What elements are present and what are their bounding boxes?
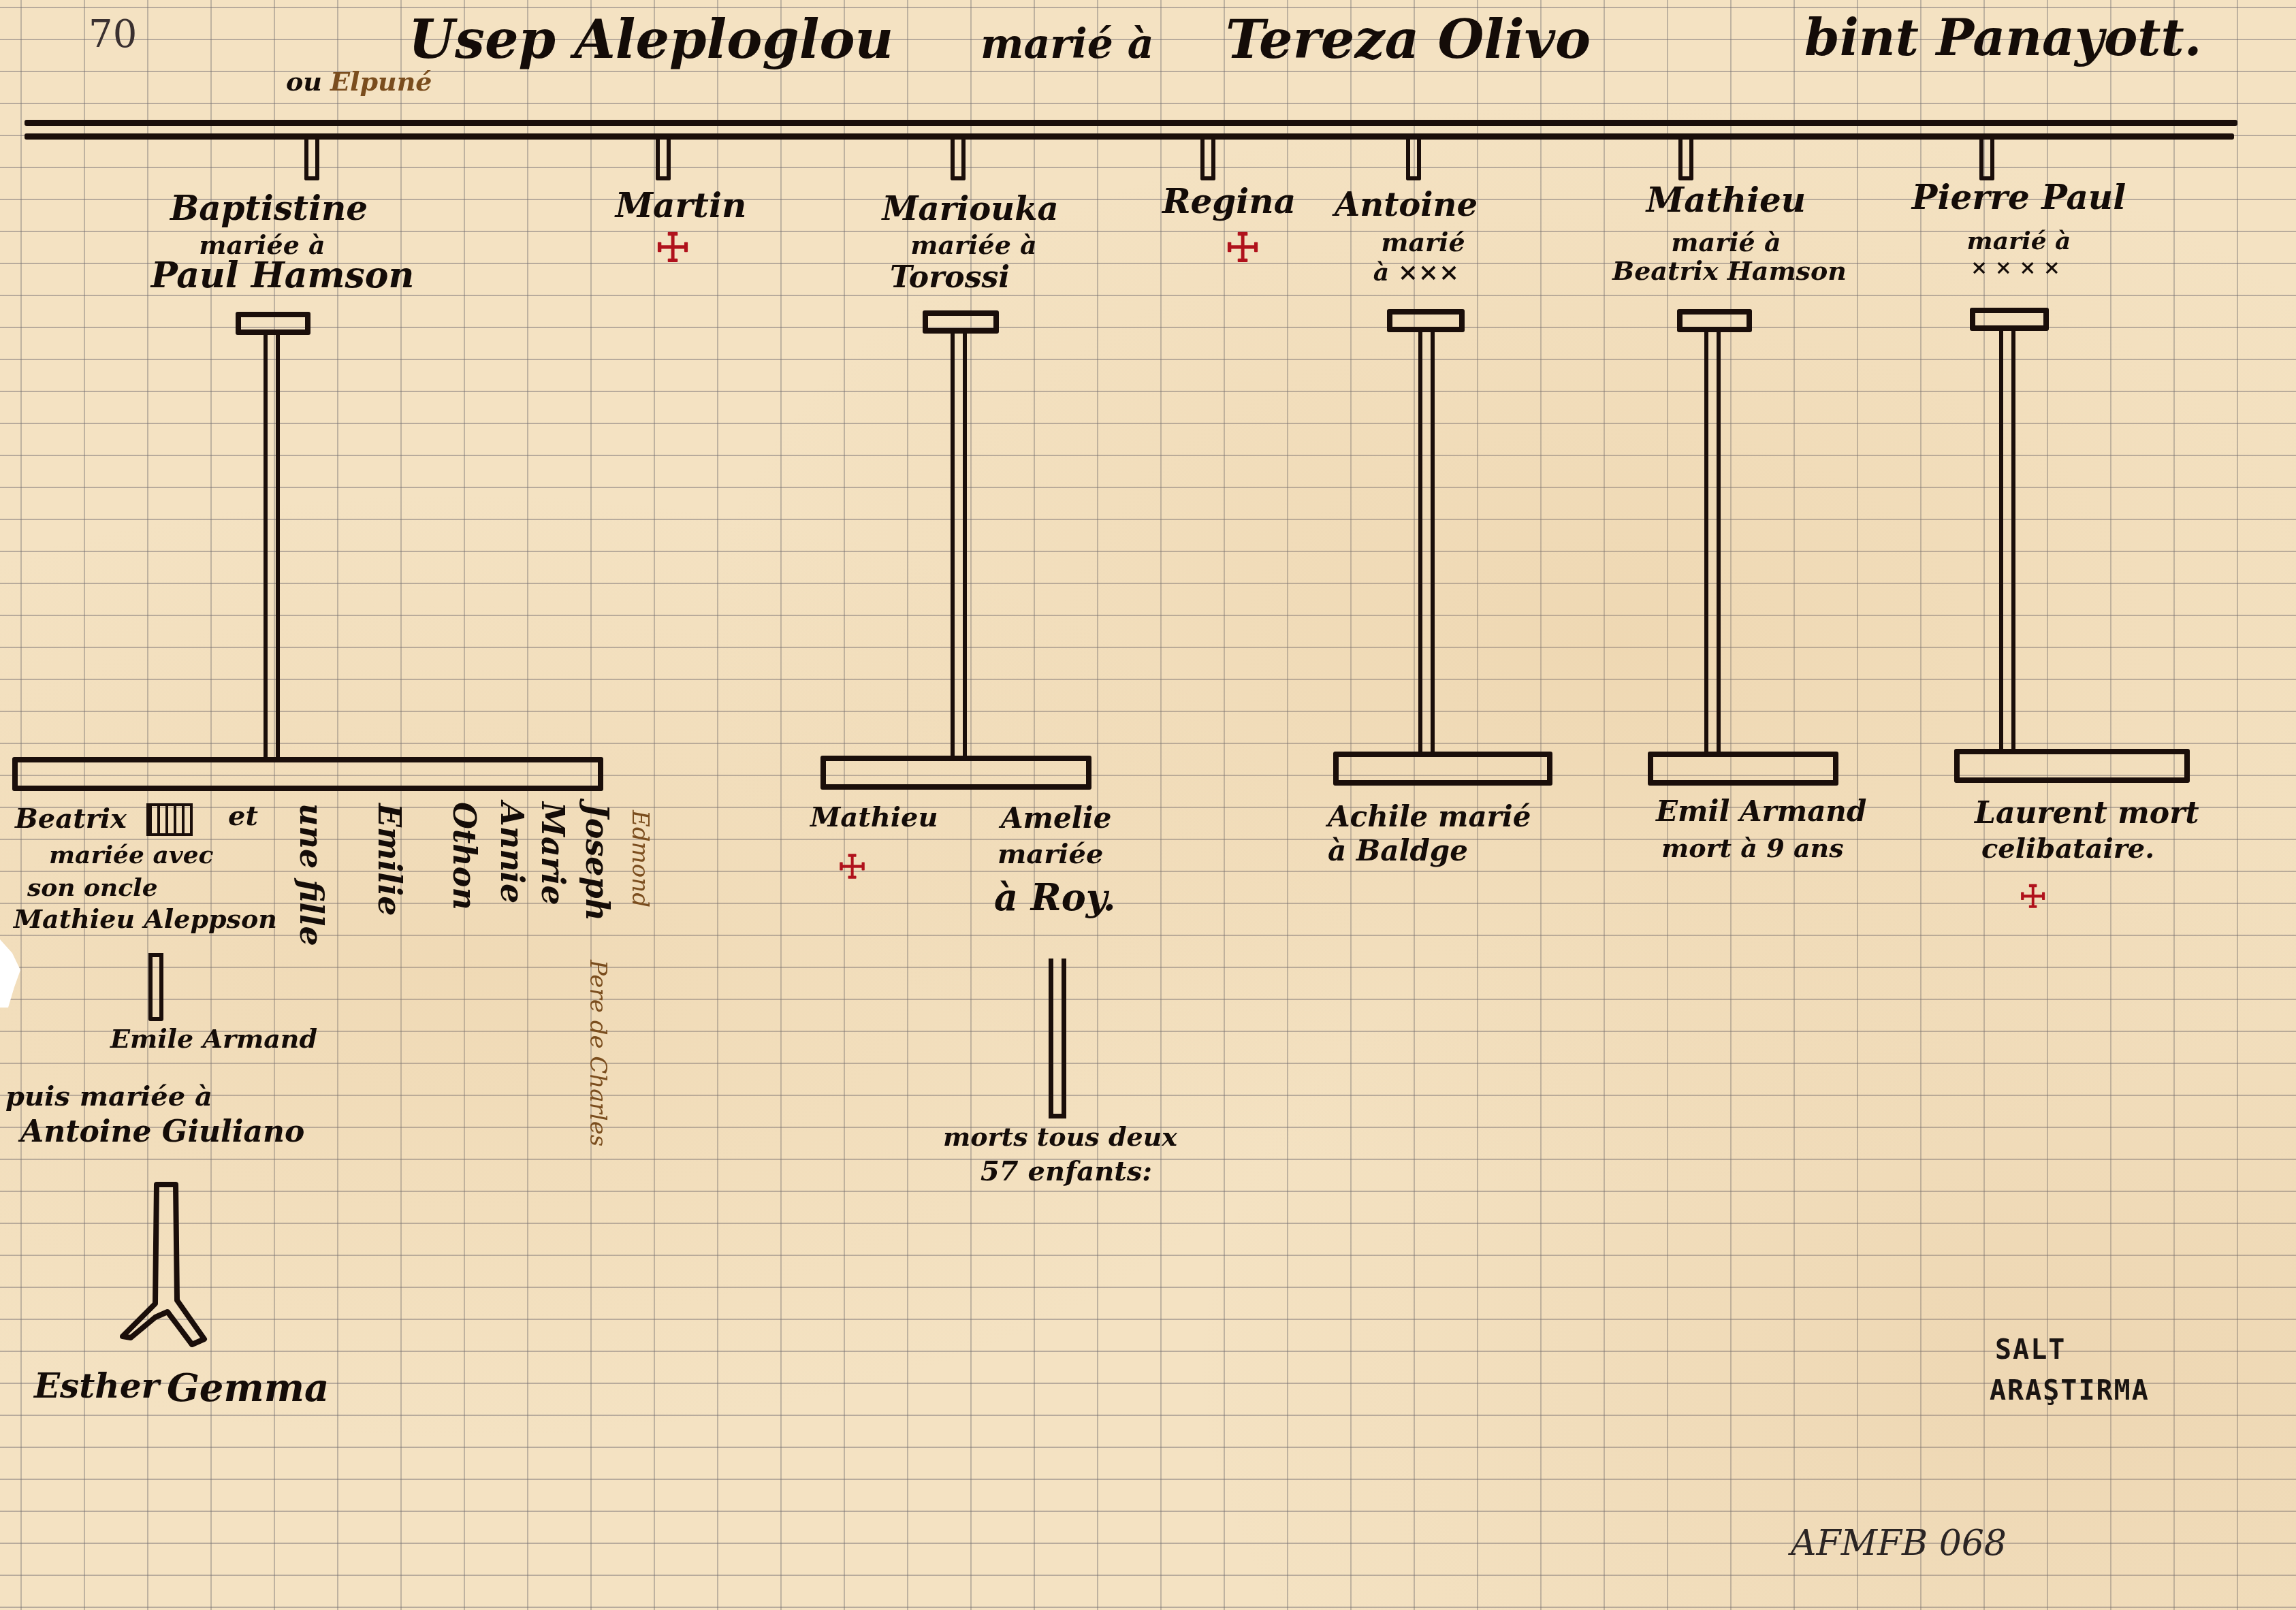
child-spouse: à ××× <box>1373 260 1459 286</box>
title-married-to: marié à <box>980 23 1154 66</box>
child-name: Baptistine <box>170 191 368 227</box>
child-spouse: Paul Hamson <box>151 257 415 295</box>
vertical-name-emilie: Emilie <box>371 803 408 916</box>
connector-antoine <box>1406 136 1421 180</box>
child-name: Mathieu <box>1646 182 1806 219</box>
branch-cap-mathieu <box>1677 309 1752 332</box>
branch-stem-mathieu <box>1704 331 1721 753</box>
red-cross-icon: ☩ <box>1225 225 1260 271</box>
connector-amelie-children <box>1049 959 1066 1118</box>
grandchild-achile-spouse: à Baldge <box>1328 836 1468 866</box>
branch-stem-antoine <box>1418 331 1435 753</box>
top-rail-upper <box>25 120 2237 126</box>
grandchild-spouse: Mathieu Aleppson <box>14 905 277 933</box>
connector-pierre-paul <box>1979 136 1994 180</box>
grandchild-emil-armand-note: mort à 9 ans <box>1661 835 1844 862</box>
alias-name: Elpuné <box>330 66 432 97</box>
title-matriarch: Tereza Olivo <box>1226 12 1591 68</box>
graph-paper-background <box>0 0 2296 1610</box>
conjunction: et <box>228 802 258 831</box>
vertical-name-joseph: Joseph <box>579 803 616 921</box>
note-children-count: 57 enfants: <box>980 1157 1152 1186</box>
grandchild-relation-detail: son oncle <box>27 875 158 901</box>
branch-base-antoine <box>1333 752 1552 786</box>
connector-regina <box>1200 136 1215 180</box>
great-grandchild-esther: Esther <box>34 1368 159 1404</box>
archive-stamp-salt: SALT <box>1995 1334 2066 1366</box>
grandchild-emil-armand: Emil Armand <box>1656 796 1866 826</box>
grandchild-mathieu: Mathieu <box>810 803 938 832</box>
child-relation: mariée à <box>910 231 1037 259</box>
branch-stem-baptistine <box>264 334 280 762</box>
annotation-edmond: Edmond <box>626 810 654 907</box>
branch-cap-pierre-paul <box>1970 308 2049 331</box>
child-name: Martin <box>616 188 747 224</box>
branch-cap-baptistine <box>236 312 310 335</box>
branch-base-baptistine <box>12 757 603 791</box>
title-patriarch: Usep Aleploglou <box>409 12 893 68</box>
grandchild-relation: mariée <box>998 840 1103 869</box>
red-cross-icon: ☩ <box>838 848 867 886</box>
archive-reference: AFMFB 068 <box>1791 1525 2007 1562</box>
vertical-name-marie: Marie <box>535 802 571 905</box>
child-spouse: × × × × <box>1971 257 2060 279</box>
scratched-out-mark <box>146 803 193 836</box>
connector-beatrix-child <box>148 953 163 1021</box>
vertical-name-othon: Othon <box>446 802 483 910</box>
child-name: Antoine <box>1335 188 1478 222</box>
child-spouse: Beatrix Hamson <box>1612 257 1847 285</box>
vertical-name-annie: Annie <box>494 802 530 903</box>
top-rail-lower <box>25 133 2234 140</box>
remarried-spouse: Antoine Giuliano <box>20 1116 304 1148</box>
child-name: Regina <box>1162 184 1296 220</box>
y-branch-split <box>116 1181 225 1368</box>
connector-baptistine <box>304 136 319 180</box>
page-number: 70 <box>89 15 137 55</box>
alias-note: ou Elpuné <box>286 68 432 96</box>
branch-cap-mariouka <box>923 310 999 334</box>
vertical-name-une-fille: une fille <box>293 803 330 946</box>
branch-cap-antoine <box>1387 309 1465 332</box>
connector-mathieu <box>1678 136 1693 180</box>
branch-stem-mariouka <box>951 332 967 761</box>
branch-base-pierre-paul <box>1954 749 2190 783</box>
grandchild-relation: mariée avec <box>49 843 213 869</box>
grandchild-achile: Achile marié <box>1328 802 1531 832</box>
connector-mariouka <box>951 136 966 180</box>
child-relation: marié à <box>1671 229 1781 256</box>
annotation-pere-de-charles: Pere de Charles <box>584 960 611 1146</box>
child-relation: marié <box>1381 229 1465 256</box>
connector-martin <box>656 136 671 180</box>
branch-stem-pierre-paul <box>1999 329 2015 752</box>
red-cross-icon: ☩ <box>655 225 690 271</box>
child-spouse: Torossi <box>890 262 1010 293</box>
grandchild-name: Amelie <box>1001 803 1111 833</box>
child-relation: marié à <box>1967 229 2071 255</box>
grandchild-laurent: Laurent mort <box>1975 798 2199 829</box>
archive-stamp-arastirma: ARAŞTIRMA <box>1990 1375 2150 1406</box>
alias-prefix: ou <box>286 66 322 97</box>
remarried-relation: puis mariée à <box>5 1082 212 1111</box>
grandchild-laurent-note: celibataire. <box>1981 835 2154 863</box>
note-deaths-line1: morts tous deux <box>943 1123 1177 1150</box>
branch-base-mariouka <box>820 756 1091 790</box>
great-grandchild-emile-armand: Emile Armand <box>110 1025 317 1052</box>
branch-base-mathieu <box>1648 752 1838 786</box>
child-name: Pierre Paul <box>1912 180 2126 216</box>
grandchild-name: Beatrix <box>15 805 127 833</box>
child-name: Mariouka <box>882 192 1058 226</box>
grandchild-spouse: à Roy. <box>994 878 1116 917</box>
title-lineage: bint Panayott. <box>1804 12 2201 65</box>
great-grandchild-gemma: Gemma <box>167 1368 329 1408</box>
red-cross-icon: ☩ <box>2019 878 2047 915</box>
